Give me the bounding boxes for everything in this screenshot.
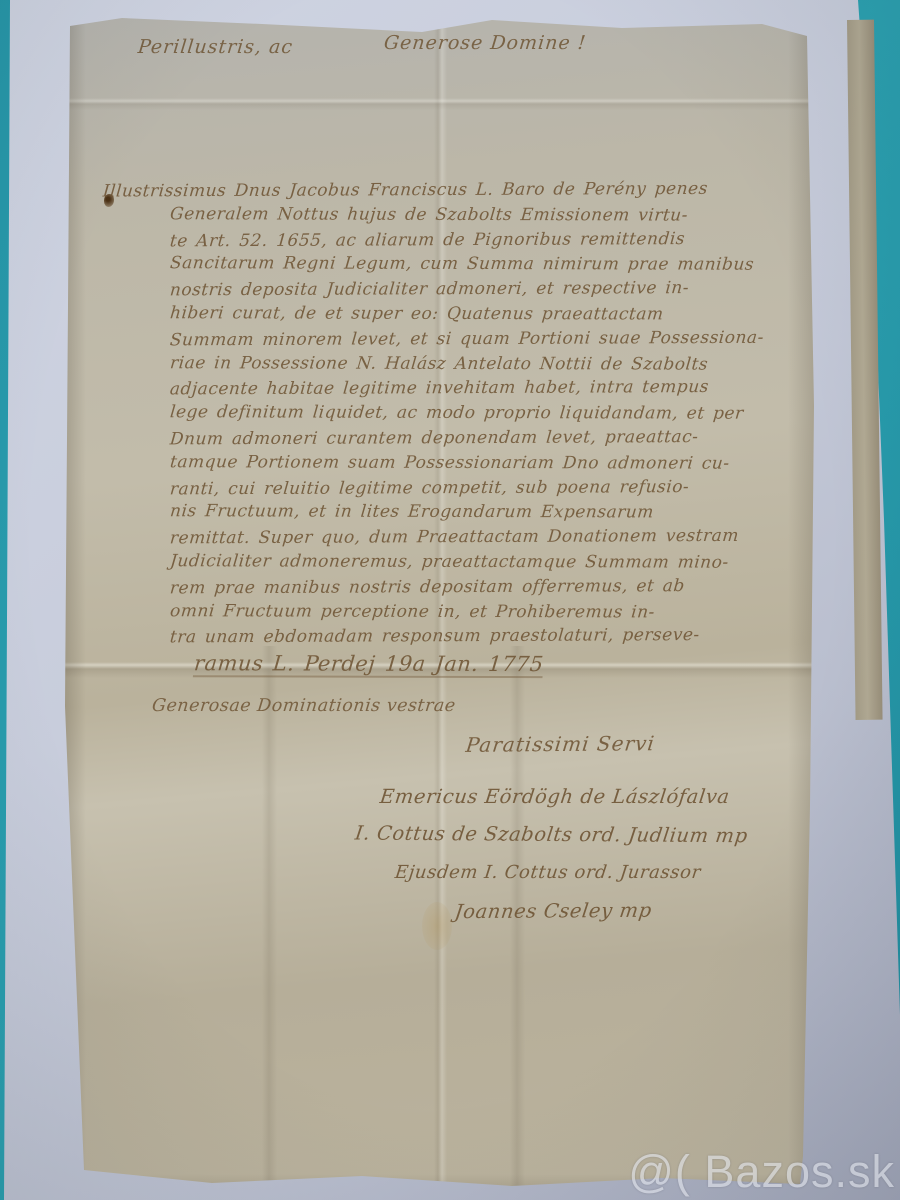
closing-valediction: Paratissimi Servi <box>465 731 657 757</box>
signature-line: Ejusdem I. Cottus ord. Jurassor <box>393 854 785 892</box>
signature-line: Joannes Cseley mp <box>452 891 784 931</box>
letter-body-line: Judicialiter admoneremus, praeattactamqu… <box>169 549 791 575</box>
manuscript-page: Perillustris, ac Generose Domine ! Illus… <box>62 6 814 1194</box>
letter-body-line: lege definitum liquidet, ac modo proprio… <box>169 400 791 426</box>
letter-body-line: nis Fructuum, et in lites Erogandarum Ex… <box>169 500 791 526</box>
letter-body-line: adjacente habitae legitime invehitam hab… <box>169 375 791 403</box>
closing-salutation: Generosae Dominationis vestrae <box>151 696 457 716</box>
letter-body-line: omni Fructuum perceptione in, et Prohibe… <box>169 599 791 625</box>
letter-body-line: tamque Portionem suam Possessionariam Dn… <box>169 450 791 476</box>
letter-body-line: remittat. Super quo, dum Praeattactam Do… <box>169 524 791 552</box>
signature-line: Emericus Eördögh de Lászlófalva <box>378 778 785 816</box>
letter-body-line: Summam minorem levet, et si quam Portion… <box>169 325 791 353</box>
letter-body-line: riae in Possessione N. Halász Antelato N… <box>169 351 791 377</box>
letter-body-line: ramus L. Perdej 19a Jan. 1775 <box>193 651 791 677</box>
letter-heading-right: Generose Domine ! <box>383 32 588 54</box>
letter-body-line: rem prae manibus nostris depositam offer… <box>169 573 791 601</box>
letter-body-line: hiberi curat, de et super eo: Quatenus p… <box>169 301 791 327</box>
letter-body-line: Sancitarum Regni Legum, cum Summa nimiru… <box>169 252 791 278</box>
letter-heading-left: Perillustris, ac <box>137 36 294 58</box>
letter-body-line: Dnum admoneri curantem deponendam levet,… <box>169 425 791 453</box>
paper-stain <box>422 902 452 950</box>
letter-body-line: nostris deposita Judicialiter admoneri, … <box>169 276 791 304</box>
letter-body: Illustrissimus Dnus Jacobus Franciscus L… <box>170 178 790 677</box>
letter-body-line: ranti, cui reluitio legitime competit, s… <box>169 474 791 502</box>
photo-of-manuscript: Perillustris, ac Generose Domine ! Illus… <box>0 0 900 1200</box>
signature-line: I. Cottus de Szabolts ord. Judlium mp <box>353 815 785 856</box>
letter-body-line: Generalem Nottus hujus de Szabolts Emiss… <box>169 202 791 228</box>
letter-body-line: te Art. 52. 1655, ac aliarum de Pignorib… <box>169 226 791 254</box>
signature-block: Emericus Eördögh de LászlófalvaI. Cottus… <box>62 778 782 930</box>
letter-body-line: Illustrissimus Dnus Jacobus Franciscus L… <box>102 177 791 205</box>
bazos-watermark: @( Bazos.sk <box>628 1146 895 1198</box>
letter-body-line: tra unam ebdomadam responsum praestolatu… <box>169 623 791 651</box>
